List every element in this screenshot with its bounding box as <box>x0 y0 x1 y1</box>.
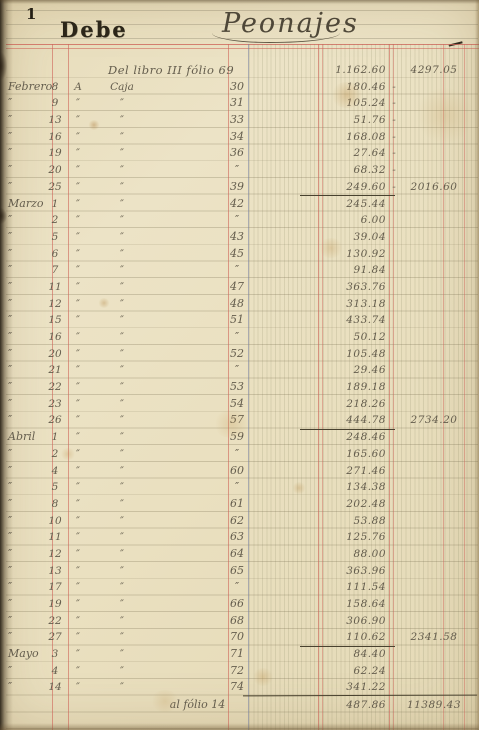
cell-day: 10 <box>46 513 64 530</box>
cell-folio: 51 <box>225 312 249 329</box>
cell-month: Mayo <box>8 646 50 663</box>
cell-folio: 64 <box>225 546 249 563</box>
cell-month: ″ <box>8 179 50 196</box>
cell-amount: 111.54 <box>298 579 386 596</box>
cell-month: ″ <box>8 296 50 313</box>
cell-amount: 158.64 <box>298 596 386 613</box>
cell-folio: ″ <box>225 212 249 229</box>
cell-ref: ″ <box>70 412 86 429</box>
cell-folio: ″ <box>225 329 249 346</box>
ledger-row: ″23″″54218.26 <box>0 396 479 413</box>
cell-balance: 2016.60 <box>402 179 466 196</box>
cell-folio: 63 <box>225 529 249 546</box>
cell-ref: ″ <box>70 362 86 379</box>
cell-month: ″ <box>8 312 50 329</box>
cell-dash: - <box>389 145 399 162</box>
ledger-row: ″22″″53189.18 <box>0 379 479 396</box>
cell-month: ″ <box>8 613 50 630</box>
cell-ref: ″ <box>70 212 86 229</box>
ledger-row: Marzo1″″42245.44 <box>0 196 479 213</box>
cell-amount: 444.78 <box>298 412 386 429</box>
cell-ref: ″ <box>70 312 86 329</box>
cell-month: ″ <box>8 129 50 146</box>
cell-amount: 50.12 <box>298 329 386 346</box>
cell-day: 16 <box>46 329 64 346</box>
cell-account: ″ <box>100 95 144 112</box>
ledger-row: ″14″″74341.22 <box>0 679 479 696</box>
cell-amount: 62.24 <box>298 663 386 680</box>
cell-month: ″ <box>8 513 50 530</box>
cell-dash: - <box>389 129 399 146</box>
cell-amount: 363.96 <box>298 563 386 580</box>
cell-folio: 53 <box>225 379 249 396</box>
cell-day: 23 <box>46 396 64 413</box>
footer-amount: 487.86 <box>298 697 386 714</box>
cell-account: Caja <box>100 79 144 96</box>
cell-amount: 202.48 <box>298 496 386 513</box>
cell-account: ″ <box>100 162 144 179</box>
cell-month: ″ <box>8 529 50 546</box>
cell-day: 19 <box>46 596 64 613</box>
cell-day: 1 <box>46 196 64 213</box>
ledger-row: ″15″″51433.74 <box>0 312 479 329</box>
cell-day: 1 <box>46 429 64 446</box>
cell-account: ″ <box>100 646 144 663</box>
cell-day: 4 <box>46 663 64 680</box>
cell-day: 19 <box>46 145 64 162</box>
cell-month: ″ <box>8 212 50 229</box>
cell-folio: 30 <box>225 79 249 96</box>
ledger-row: ″13″″65363.96 <box>0 563 479 580</box>
cell-ref: ″ <box>70 262 86 279</box>
cell-day: 16 <box>46 129 64 146</box>
ledger-page: 1 Debe Peonajes Del libro III fólio 69 1… <box>0 0 479 730</box>
cell-amount: 29.46 <box>298 362 386 379</box>
ledger-row: ″5″″″134.38 <box>0 479 479 496</box>
cell-ref: ″ <box>70 396 86 413</box>
cell-month: ″ <box>8 412 50 429</box>
cell-folio: 62 <box>225 513 249 530</box>
cell-amount: 53.88 <box>298 513 386 530</box>
cell-day: 27 <box>46 629 64 646</box>
cell-account: ″ <box>100 312 144 329</box>
cell-folio: 31 <box>225 95 249 112</box>
cell-day: 9 <box>46 95 64 112</box>
cell-amount: 88.00 <box>298 546 386 563</box>
cell-account: ″ <box>100 212 144 229</box>
cell-folio: 43 <box>225 229 249 246</box>
cell-folio: ″ <box>225 446 249 463</box>
cell-ref: ″ <box>70 95 86 112</box>
cell-month: Abril <box>8 429 50 446</box>
cell-folio: 52 <box>225 346 249 363</box>
cell-day: 7 <box>46 262 64 279</box>
cell-day: 12 <box>46 546 64 563</box>
cell-folio: 59 <box>225 429 249 446</box>
cell-ref: ″ <box>70 429 86 446</box>
cell-amount: 245.44 <box>298 196 386 213</box>
cell-account: ″ <box>100 663 144 680</box>
opening-balance: 4297.05 <box>402 62 466 79</box>
cell-dash: - <box>389 112 399 129</box>
cell-day: 15 <box>46 312 64 329</box>
cell-folio: 45 <box>225 246 249 263</box>
cell-account: ″ <box>100 546 144 563</box>
page-edge-bottom <box>0 723 479 730</box>
cell-dash: - <box>389 179 399 196</box>
cell-month: ″ <box>8 629 50 646</box>
cell-dash: - <box>389 95 399 112</box>
cell-amount: 189.18 <box>298 379 386 396</box>
cell-ref: ″ <box>70 229 86 246</box>
cell-month: ″ <box>8 496 50 513</box>
cell-account: ″ <box>100 429 144 446</box>
cell-amount: 248.46 <box>298 429 386 446</box>
cell-day: 14 <box>46 679 64 696</box>
cell-account: ″ <box>100 129 144 146</box>
ledger-row: ″4″″7262.24 <box>0 663 479 680</box>
cell-month: Febrero <box>8 79 50 96</box>
page-number: 1 <box>26 5 36 23</box>
cell-month: ″ <box>8 579 50 596</box>
ledger-row: ″25″″39249.60-2016.60 <box>0 179 479 196</box>
cell-month: ″ <box>8 563 50 580</box>
cell-ref: ″ <box>70 479 86 496</box>
cell-balance: 2341.58 <box>402 629 466 646</box>
cell-ref: ″ <box>70 646 86 663</box>
cell-month: ″ <box>8 246 50 263</box>
cell-month: ″ <box>8 663 50 680</box>
cell-folio: 47 <box>225 279 249 296</box>
ledger-row: ″12″″48313.18 <box>0 296 479 313</box>
cell-ref: ″ <box>70 296 86 313</box>
cell-account: ″ <box>100 346 144 363</box>
cell-account: ″ <box>100 412 144 429</box>
cell-day: 5 <box>46 479 64 496</box>
cell-account: ″ <box>100 296 144 313</box>
binding-notch <box>0 52 7 80</box>
opening-row: Del libro III fólio 69 1.162.60 4297.05 <box>0 62 479 79</box>
ledger-row: ″16″″″50.12 <box>0 329 479 346</box>
cell-amount: 51.76 <box>298 112 386 129</box>
opening-amount: 1.162.60 <box>298 62 386 79</box>
cell-ref: ″ <box>70 496 86 513</box>
cell-month: ″ <box>8 229 50 246</box>
cell-day: 21 <box>46 362 64 379</box>
cell-account: ″ <box>100 629 144 646</box>
cell-folio: ″ <box>225 579 249 596</box>
cell-folio: 48 <box>225 296 249 313</box>
cell-amount: 341.22 <box>298 679 386 696</box>
cell-account: ″ <box>100 463 144 480</box>
page-edge-right <box>475 0 479 730</box>
cell-ref: ″ <box>70 446 86 463</box>
cell-ref: A <box>70 79 86 96</box>
cell-amount: 313.18 <box>298 296 386 313</box>
cell-ref: ″ <box>70 129 86 146</box>
cell-account: ″ <box>100 196 144 213</box>
cell-amount: 134.38 <box>298 479 386 496</box>
cell-day: 4 <box>46 463 64 480</box>
cell-day: 22 <box>46 379 64 396</box>
cell-amount: 105.48 <box>298 346 386 363</box>
cell-month: ″ <box>8 346 50 363</box>
ledger-row: ″5″″4339.04 <box>0 229 479 246</box>
cell-ref: ″ <box>70 663 86 680</box>
cell-amount: 165.60 <box>298 446 386 463</box>
cell-month: ″ <box>8 279 50 296</box>
cell-day: 13 <box>46 563 64 580</box>
cell-day: 20 <box>46 162 64 179</box>
cell-amount: 27.64 <box>298 145 386 162</box>
ledger-row: ″7″″″91.84 <box>0 262 479 279</box>
cell-account: ″ <box>100 362 144 379</box>
cell-folio: 71 <box>225 646 249 663</box>
cell-ref: ″ <box>70 346 86 363</box>
ledger-row: ″9″″31105.24- <box>0 95 479 112</box>
cell-day: 8 <box>46 79 64 96</box>
binding-notch <box>0 208 7 224</box>
cell-account: ″ <box>100 579 144 596</box>
cell-ref: ″ <box>70 563 86 580</box>
cell-amount: 110.62 <box>298 629 386 646</box>
ledger-row: ″19″″66158.64 <box>0 596 479 613</box>
cell-amount: 433.74 <box>298 312 386 329</box>
cell-day: 2 <box>46 446 64 463</box>
ledger-row: ″8″″61202.48 <box>0 496 479 513</box>
cell-ref: ″ <box>70 579 86 596</box>
footer-row: al fólio 14 487.86 11389.43 <box>0 697 479 714</box>
cell-day: 17 <box>46 579 64 596</box>
cell-amount: 249.60 <box>298 179 386 196</box>
ledger-row: ″16″″34168.08- <box>0 129 479 146</box>
cell-account: ″ <box>100 529 144 546</box>
cell-folio: 42 <box>225 196 249 213</box>
cell-day: 13 <box>46 112 64 129</box>
ledger-row: ″4″″60271.46 <box>0 463 479 480</box>
cell-account: ″ <box>100 563 144 580</box>
opening-description: Del libro III fólio 69 <box>108 62 234 79</box>
ledger-row: ″26″″57444.782734.20 <box>0 412 479 429</box>
cell-folio: 54 <box>225 396 249 413</box>
cell-ref: ″ <box>70 162 86 179</box>
cell-month: ″ <box>8 145 50 162</box>
cell-day: 6 <box>46 246 64 263</box>
cell-amount: 68.32 <box>298 162 386 179</box>
cell-day: 2 <box>46 212 64 229</box>
ledger-row: ″2″″″165.60 <box>0 446 479 463</box>
ledger-row: ″21″″″29.46 <box>0 362 479 379</box>
cell-account: ″ <box>100 379 144 396</box>
cell-month: Marzo <box>8 196 50 213</box>
cell-day: 5 <box>46 229 64 246</box>
cell-amount: 168.08 <box>298 129 386 146</box>
cell-day: 8 <box>46 496 64 513</box>
cell-account: ″ <box>100 496 144 513</box>
cell-account: ″ <box>100 613 144 630</box>
cell-folio: 60 <box>225 463 249 480</box>
cell-month: ″ <box>8 396 50 413</box>
cell-month: ″ <box>8 262 50 279</box>
binding-shadow <box>0 0 13 730</box>
ledger-row: ″10″″6253.88 <box>0 513 479 530</box>
cell-amount: 39.04 <box>298 229 386 246</box>
cell-month: ″ <box>8 112 50 129</box>
cell-ref: ″ <box>70 279 86 296</box>
ledger-row: Mayo3″″7184.40 <box>0 646 479 663</box>
cell-folio: 70 <box>225 629 249 646</box>
cell-ref: ″ <box>70 529 86 546</box>
cell-account: ″ <box>100 246 144 263</box>
cell-ref: ″ <box>70 246 86 263</box>
cell-amount: 125.76 <box>298 529 386 546</box>
cell-amount: 363.76 <box>298 279 386 296</box>
cell-folio: 74 <box>225 679 249 696</box>
cell-folio: 57 <box>225 412 249 429</box>
cell-account: ″ <box>100 262 144 279</box>
cell-month: ″ <box>8 362 50 379</box>
cell-account: ″ <box>100 329 144 346</box>
cell-account: ″ <box>100 679 144 696</box>
cell-account: ″ <box>100 179 144 196</box>
cell-amount: 180.46 <box>298 79 386 96</box>
debit-heading: Debe <box>60 17 128 42</box>
cell-dash: - <box>389 162 399 179</box>
cell-month: ″ <box>8 162 50 179</box>
cell-day: 11 <box>46 529 64 546</box>
cell-ref: ″ <box>70 629 86 646</box>
cell-account: ″ <box>100 396 144 413</box>
cell-account: ″ <box>100 479 144 496</box>
cell-folio: 68 <box>225 613 249 630</box>
ledger-row: ″20″″″68.32- <box>0 162 479 179</box>
cell-ref: ″ <box>70 679 86 696</box>
cell-ref: ″ <box>70 196 86 213</box>
cell-amount: 218.26 <box>298 396 386 413</box>
cell-month: ″ <box>8 329 50 346</box>
cell-day: 22 <box>46 613 64 630</box>
ledger-row: ″11″″63125.76 <box>0 529 479 546</box>
ledger-row: ″12″″6488.00 <box>0 546 479 563</box>
title-flourish <box>212 33 340 43</box>
cell-folio: 61 <box>225 496 249 513</box>
cell-account: ″ <box>100 513 144 530</box>
cell-month: ″ <box>8 679 50 696</box>
cell-folio: ″ <box>225 162 249 179</box>
ledger-row: ″22″″68306.90 <box>0 613 479 630</box>
cell-folio: 33 <box>225 112 249 129</box>
cell-account: ″ <box>100 145 144 162</box>
ledger-row: ″19″″3627.64- <box>0 145 479 162</box>
cell-folio: 39 <box>225 179 249 196</box>
cell-day: 3 <box>46 646 64 663</box>
cell-balance: 2734.20 <box>402 412 466 429</box>
cell-folio: 34 <box>225 129 249 146</box>
cell-ref: ″ <box>70 546 86 563</box>
ledger-row: ″27″″70110.622341.58 <box>0 629 479 646</box>
ledger-row: ″13″″3351.76- <box>0 112 479 129</box>
ledger-row: ″17″″″111.54 <box>0 579 479 596</box>
ledger-row: ″20″″52105.48 <box>0 346 479 363</box>
cell-account: ″ <box>100 279 144 296</box>
cell-folio: 36 <box>225 145 249 162</box>
cell-day: 25 <box>46 179 64 196</box>
cell-amount: 271.46 <box>298 463 386 480</box>
cell-day: 11 <box>46 279 64 296</box>
cell-month: ″ <box>8 446 50 463</box>
cell-month: ″ <box>8 95 50 112</box>
cell-ref: ″ <box>70 179 86 196</box>
cell-ref: ″ <box>70 596 86 613</box>
cell-ref: ″ <box>70 112 86 129</box>
cell-ref: ″ <box>70 513 86 530</box>
cell-ref: ″ <box>70 613 86 630</box>
cell-ref: ″ <box>70 145 86 162</box>
cell-account: ″ <box>100 229 144 246</box>
cell-amount: 84.40 <box>298 646 386 663</box>
cell-ref: ″ <box>70 463 86 480</box>
cell-month: ″ <box>8 379 50 396</box>
cell-folio: 72 <box>225 663 249 680</box>
ledger-row: Febrero8ACaja30180.46- <box>0 79 479 96</box>
cell-amount: 6.00 <box>298 212 386 229</box>
cell-amount: 130.92 <box>298 246 386 263</box>
page-edge-top <box>0 0 479 4</box>
ledger-row: ″2″″″6.00 <box>0 212 479 229</box>
cell-month: ″ <box>8 463 50 480</box>
cell-month: ″ <box>8 546 50 563</box>
cell-amount: 105.24 <box>298 95 386 112</box>
footer-balance: 11389.43 <box>402 697 466 714</box>
ledger-rows: Febrero8ACaja30180.46-″9″″31105.24-″13″″… <box>0 79 479 696</box>
cell-day: 26 <box>46 412 64 429</box>
cell-folio: ″ <box>225 262 249 279</box>
cell-ref: ″ <box>70 379 86 396</box>
cell-ref: ″ <box>70 329 86 346</box>
cell-account: ″ <box>100 112 144 129</box>
footer-label: al fólio 14 <box>155 697 240 714</box>
cell-folio: ″ <box>225 362 249 379</box>
cell-folio: ″ <box>225 479 249 496</box>
cell-folio: 66 <box>225 596 249 613</box>
ledger-row: Abril1″″59248.46 <box>0 429 479 446</box>
ledger-row: ″11″″47363.76 <box>0 279 479 296</box>
cell-month: ″ <box>8 479 50 496</box>
cell-amount: 91.84 <box>298 262 386 279</box>
cell-folio: 65 <box>225 563 249 580</box>
ledger-row: ″6″″45130.92 <box>0 246 479 263</box>
cell-dash: - <box>389 79 399 96</box>
cell-account: ″ <box>100 446 144 463</box>
cell-month: ″ <box>8 596 50 613</box>
cell-day: 12 <box>46 296 64 313</box>
cell-account: ″ <box>100 596 144 613</box>
cell-amount: 306.90 <box>298 613 386 630</box>
cell-day: 20 <box>46 346 64 363</box>
